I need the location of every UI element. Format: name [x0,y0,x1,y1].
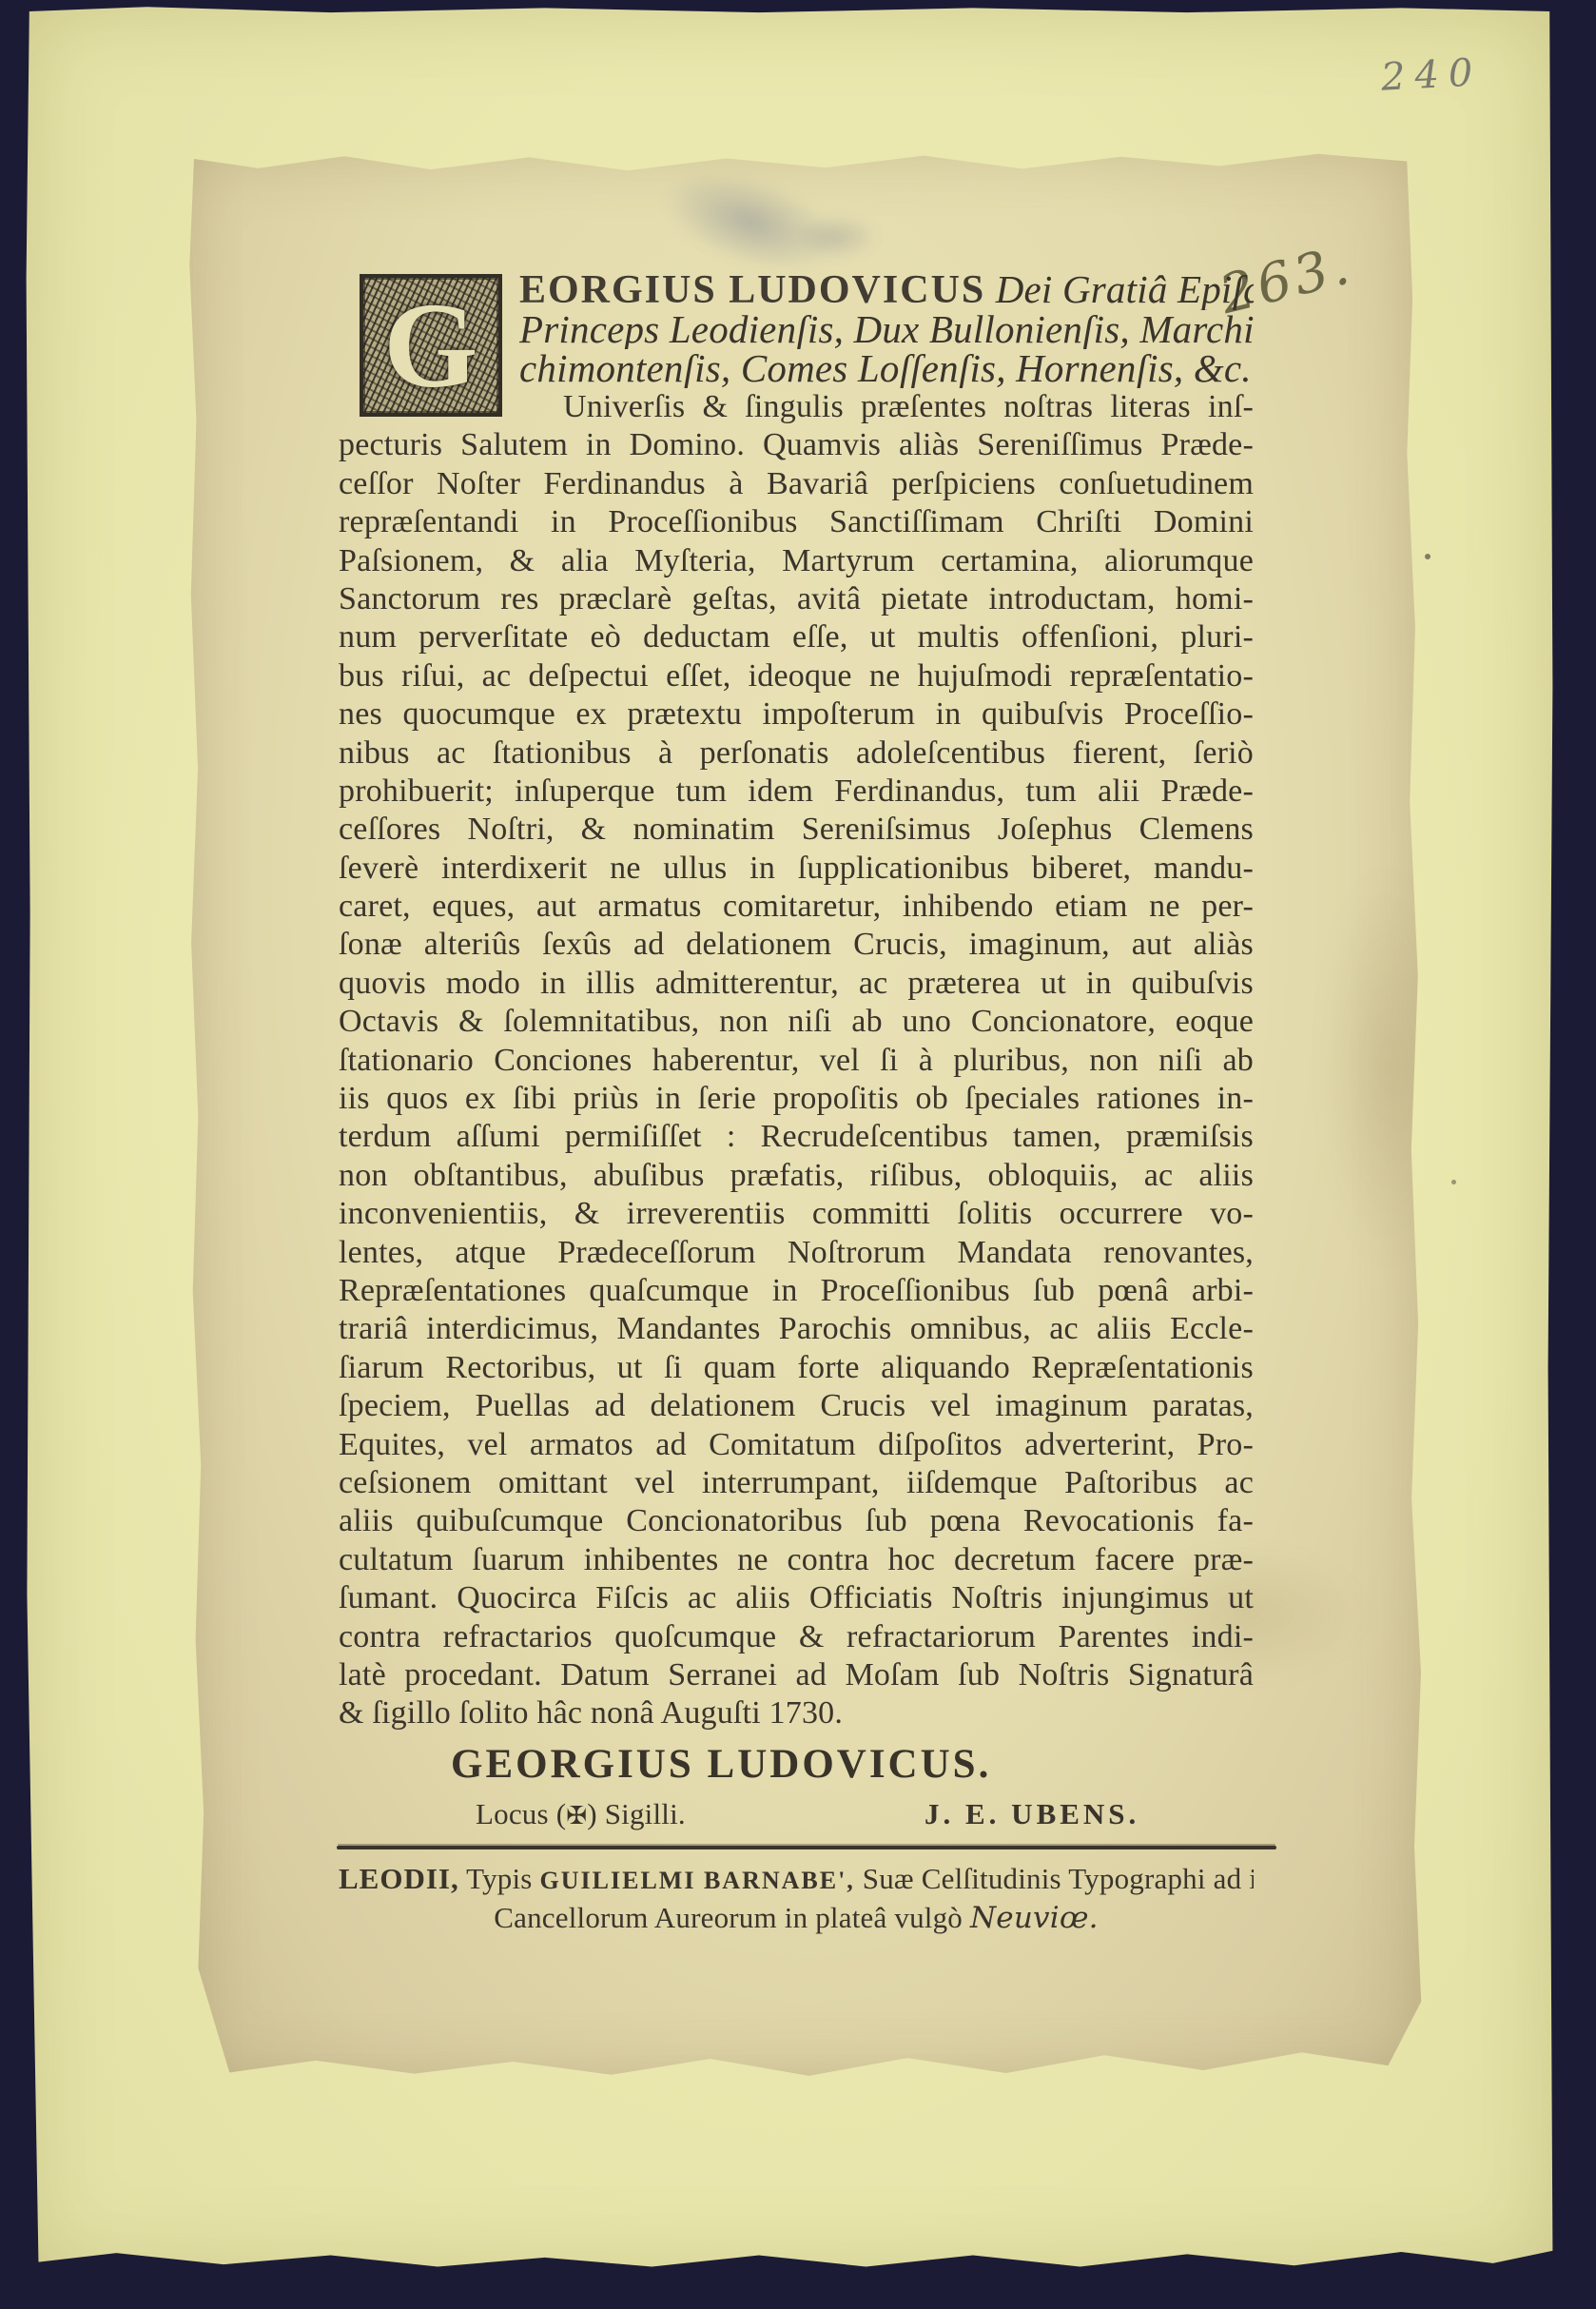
imprint-street-name: Neuviœ. [970,1901,1099,1935]
imprint-text: Suæ Celſitudinis Typographi ad inſigne [855,1862,1254,1895]
scanned-archive-photo: { "annotations": { "page_number_pencil":… [0,0,1596,2309]
imprint-text: Cancellorum Aureorum in plateâ vulgò [494,1901,970,1934]
body-line: contra refractarios quoſcumque & refract… [339,1618,1254,1656]
header-title-italic: Dei Gratiâ Epiſcopus & [996,270,1254,310]
header-line-3: chimontenſis, Comes Loſſenſis, Hornenſis… [519,349,1254,388]
ink-smudge-stain [793,213,879,261]
pencil-page-number: 240 [1380,50,1484,100]
body-line: Sanctorum res præclarè geſtas, avitâ pie… [339,580,1254,618]
body-line: prohibuerit; inſuperque tum idem Ferdina… [339,773,1254,811]
secretary-name: J. E. UBENS. [925,1796,1139,1832]
body-line: caret, eques, aut armatus comitaretur, i… [339,888,1254,926]
body-line: Equites, vel armatos ad Comitatum diſpoſ… [339,1426,1254,1464]
imprint-text: Typis [459,1862,540,1895]
body-line: Octavis & ſolemnitatibus, non niſi ab un… [339,1003,1254,1041]
header-line-2: Princeps Leodienſis, Dux Bullonienſis, M… [519,310,1254,349]
body-line: trariâ interdicimus, Mandantes Parochis … [339,1310,1254,1348]
locus-sigilli: Locus (✠) Sigilli. [476,1796,686,1834]
body-line: ceſsionem omittant vel interrumpant, iiſ… [339,1464,1254,1502]
ink-fleck [1425,554,1431,559]
imprint-city: LEODII, [339,1862,459,1895]
signature-name: GEORGIUS LUDOVICUS. [339,1743,1254,1787]
horizontal-rule [337,1846,1276,1849]
seal-text: Locus ( [476,1797,566,1830]
body-line: non obſtantibus, abuſibus præfatis, riſi… [339,1157,1254,1195]
ink-fleck [1451,1180,1456,1184]
body-line: nibus ac ſtationibus à perſonatis adoleſ… [339,734,1254,773]
body-line: ſtationario Conciones haberentur, vel ſi… [339,1042,1254,1080]
body-line: ceſſores Noſtri, & nominatim Sereniſsimu… [339,811,1254,849]
body-line: num perverſitate eò deductam eſſe, ut mu… [339,618,1254,656]
seal-row: Locus (✠) Sigilli. J. E. UBENS. [339,1796,1254,1832]
body-line: bus riſui, ac deſpectui eſſet, ideoque n… [339,657,1254,695]
body-line: ſiarum Rectoribus, ut ſi quam forte aliq… [339,1349,1254,1387]
body-line: quovis modo in illis admitterentur, ac p… [339,965,1254,1003]
body-line: ſeverè interdixerit ne ullus in ſupplica… [339,850,1254,888]
imprint-line-1: LEODII, Typis GUILIELMI BARNABE', Suæ Ce… [339,1861,1254,1899]
body-line: Paſsionem, & alia Myſteria, Martyrum cer… [339,542,1254,580]
body-line: aliis quibuſcumque Concionatoribus ſub p… [339,1502,1254,1540]
body-line: ceſſor Noſter Ferdinandus à Bavariâ perſ… [339,465,1254,503]
body-line: Univerſis & ſingulis præſentes noſtras l… [519,388,1254,426]
text-column: G EORGIUS LUDOVICUS Dei Gratiâ Epiſcopus… [339,270,1254,1937]
body-line: lentes, atque Prædeceſſorum Noſtrorum Ma… [339,1234,1254,1272]
body-line: ſumant. Quocirca Fiſcis ac aliis Officia… [339,1579,1254,1617]
body-line: latè procedant. Datum Serranei ad Moſam … [339,1656,1254,1694]
body-line: repræſentandi in Proceſſionibus Sanctiſſ… [339,503,1254,541]
imprint-line-2: Cancellorum Aureorum in plateâ vulgò Neu… [339,1899,1254,1937]
body-line: pecturis Salutem in Domino. Quamvis alià… [339,426,1254,464]
imprint-printer-name: GUILIELMI BARNABE', [540,1867,855,1894]
body-line: Repræſentationes quaſcumque in Proceſſio… [339,1272,1254,1310]
drop-cap-letter: G [383,284,478,406]
maltese-cross-icon: ✠ [566,1802,587,1830]
body-lines: Univerſis & ſingulis præſentes noſtras l… [339,388,1254,1733]
header-line-1: EORGIUS LUDOVICUS Dei Gratiâ Epiſcopus & [519,270,1254,310]
body-line: terdum aſſumi permiſiſſet : Recrudeſcent… [339,1118,1254,1156]
body-line: nes quocumque ex prætextu impoſterum in … [339,695,1254,734]
woodcut-initial-G: G [360,274,502,417]
body-line: inconvenientiis, & irreverentiis committ… [339,1195,1254,1233]
body-line: ſonæ alteriûs ſexûs ad delationem Crucis… [339,926,1254,964]
body-line: iis quos ex ſibi priùs in ſerie propoſit… [339,1080,1254,1118]
body-line: ſpeciem, Puellas ad delationem Crucis ve… [339,1387,1254,1425]
body-line: & ſigillo ſolito hâc nonâ Auguſti 1730. [339,1694,1254,1732]
seal-text: ) Sigilli. [587,1797,686,1830]
header-name-caps: EORGIUS LUDOVICUS [519,270,985,310]
body-line: cultatum ſuarum inhibentes ne contra hoc… [339,1541,1254,1579]
